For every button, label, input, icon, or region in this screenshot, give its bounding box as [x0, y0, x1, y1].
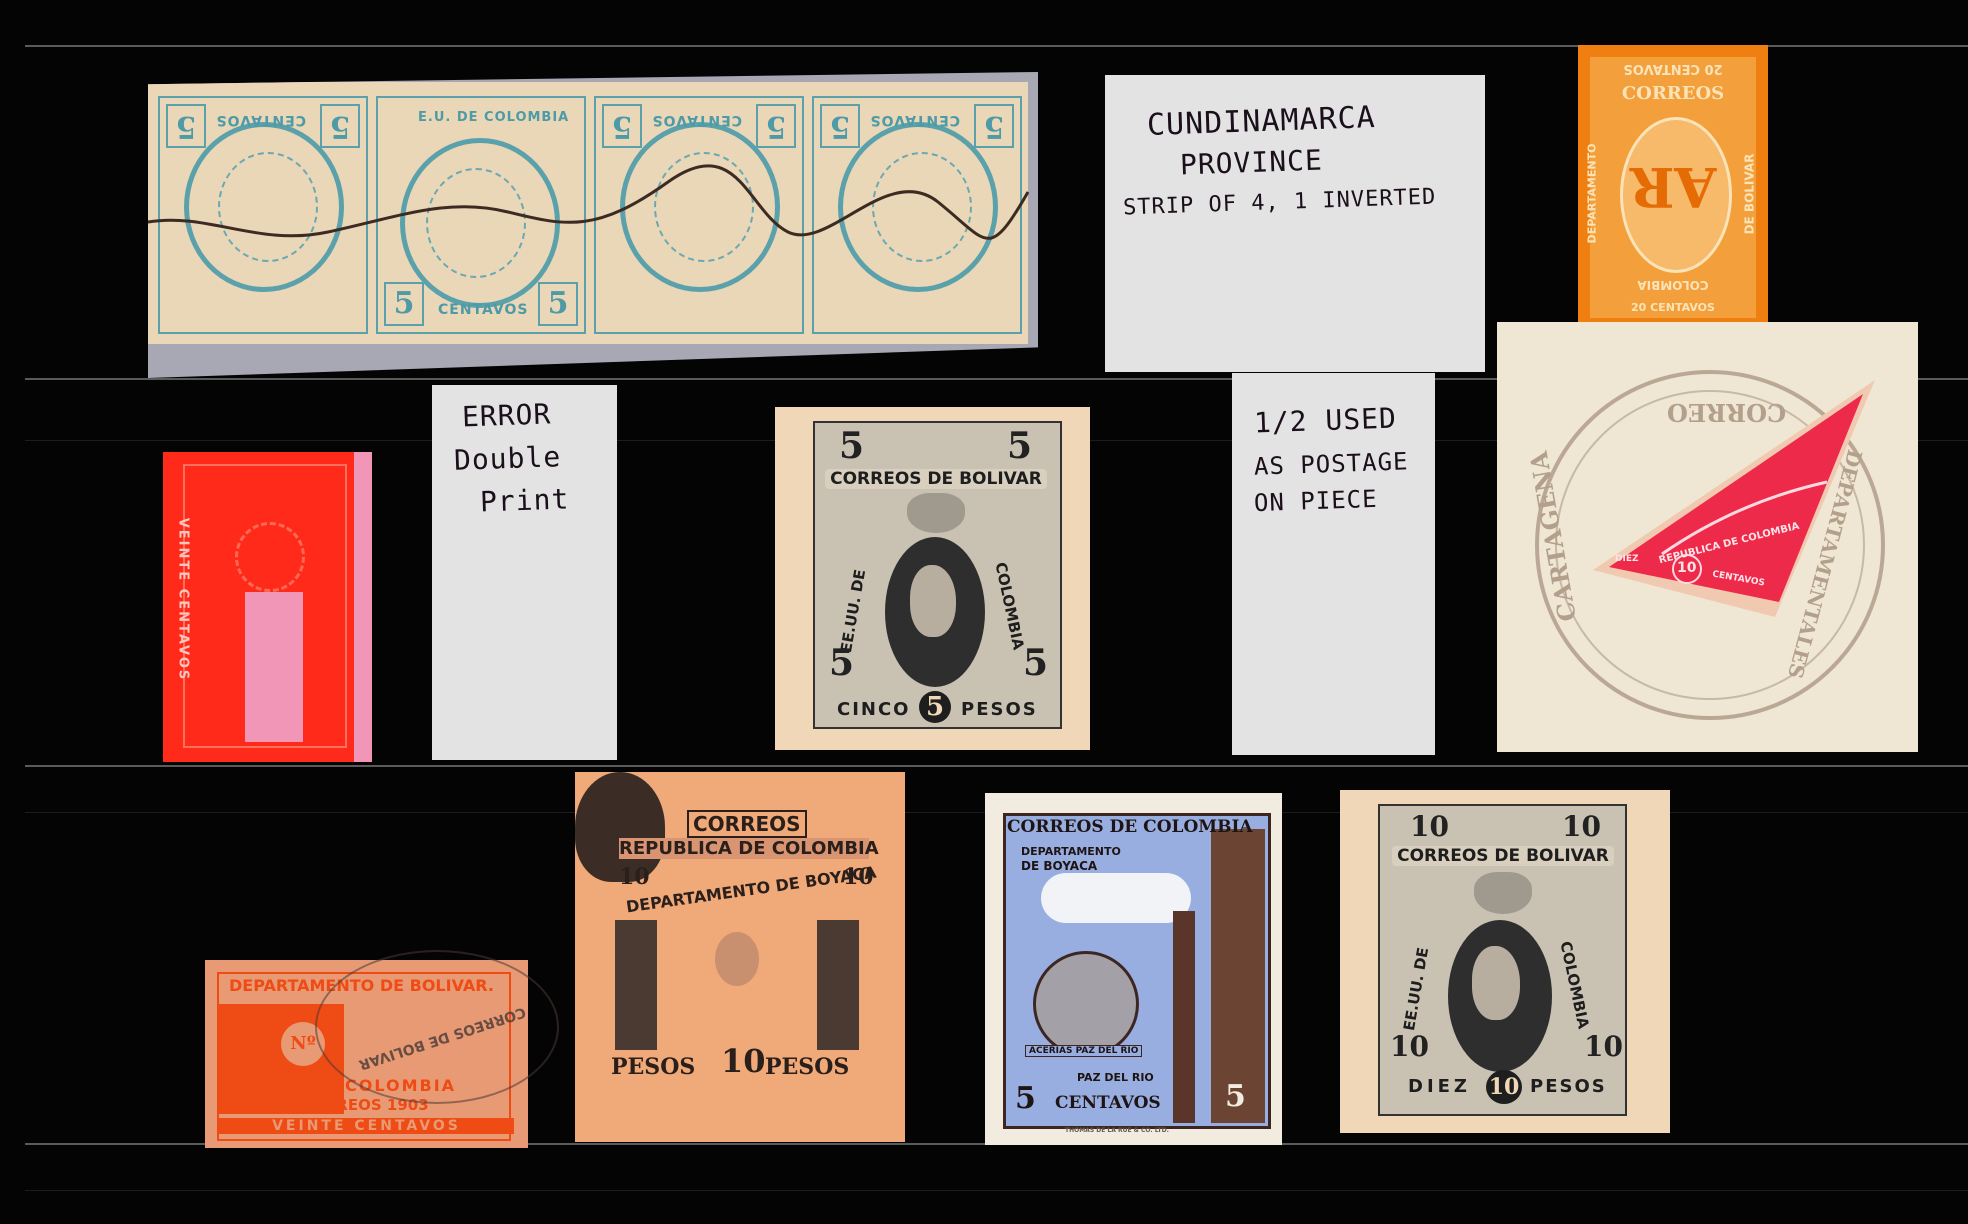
- postmark-arc: [315, 950, 559, 1104]
- stamp-line-1: REPUBLICA DE COLOMBIA: [619, 838, 869, 859]
- portrait-face: [715, 932, 759, 986]
- stamp-value-numeral-right: 5: [1225, 1079, 1246, 1114]
- bottom-right-word: PESOS: [961, 699, 1038, 720]
- cundinamarca-strip-of-four: 5 5 CENTAVOS E.U. DE COLOMBIA 5 5 CENTAV…: [148, 72, 1038, 378]
- album-strip-divider: [25, 1190, 1968, 1191]
- note-line: ERROR: [461, 398, 551, 433]
- stamp-bolivar-ar-20-centavos: 20 CENTAVOS CORREOS AR DEPARTAMENTO DE B…: [1578, 45, 1768, 330]
- strip-paper: 5 5 CENTAVOS E.U. DE COLOMBIA 5 5 CENTAV…: [148, 82, 1028, 344]
- stamp-left-text: DEPARTAMENTO: [1585, 144, 1598, 244]
- coat-of-arms-icon: [1474, 872, 1532, 914]
- album-strip-divider: [25, 765, 1968, 767]
- note-line: Print: [479, 483, 569, 518]
- corner-numeral: 10: [1390, 1030, 1429, 1063]
- note-line: 1/2 USED: [1253, 403, 1397, 440]
- stamp-rosette-icon: [235, 522, 305, 592]
- stamp-boyaca-5-centavos-paz-del-rio: CORREOS DE COLOMBIA DEPARTAMENTO DE BOYA…: [985, 793, 1282, 1145]
- corner-numeral: 10: [1562, 810, 1601, 843]
- stamp-side-text: VEINTE CENTAVOS: [175, 518, 190, 682]
- stamp-right-text: DE BOLIVAR: [1743, 154, 1757, 235]
- stamp-bottom-value: 20 CENTAVOS: [1590, 301, 1756, 314]
- corner-numeral: 10: [1584, 1030, 1623, 1063]
- corner-numeral: 10: [1410, 810, 1449, 843]
- bottom-left-word: CINCO: [837, 699, 910, 720]
- note-line: STRIP OF 4, 1 INVERTED: [1123, 185, 1437, 221]
- bottom-right-word: PESOS: [765, 1054, 849, 1080]
- stamp-sub-2: DE BOYACA: [1021, 859, 1097, 873]
- stamp-bolivar-diez-pesos: 10 10 CORREOS DE BOLIVAR EE.UU. DE COLOM…: [1340, 790, 1670, 1133]
- stamp-bolivar-cinco-pesos: 5 5 CORREOS DE BOLIVAR EE.UU. DE COLOMBI…: [775, 407, 1090, 750]
- corner-numeral: 5: [1007, 425, 1032, 467]
- note-line: CUNDINAMARCA: [1146, 101, 1376, 143]
- stamp-header: CORREOS: [1590, 83, 1756, 104]
- emblem-text: ACERIAS PAZ DEL RIO: [1025, 1045, 1142, 1057]
- stamp-bottom-text: COLOMBIA: [1590, 278, 1756, 292]
- stamp-header: CORREOS DE BOLIVAR: [825, 469, 1047, 489]
- corner-numeral: 5: [829, 642, 854, 684]
- stamp-value-word: DIEZ: [1615, 554, 1639, 564]
- bottom-right-word: PESOS: [1530, 1076, 1607, 1097]
- bisect-stamp-on-piece: CORREO CARTAGENA DEPARTAMENTALES REPUBLI…: [1497, 322, 1918, 752]
- stamp-footer: VEINTE CENTAVOS: [219, 1118, 514, 1134]
- stamp-border: [183, 464, 347, 748]
- stamp-top-value: 20 CENTAVOS: [1600, 61, 1746, 76]
- note-line: Double: [453, 441, 561, 477]
- stamp-header: CORREOS DE COLOMBIA: [1007, 817, 1253, 837]
- bottom-numeral: 5: [919, 691, 951, 723]
- corner-numeral: 10: [619, 864, 650, 890]
- stamp-printer: THOMAS DE LA RUE & CO. LTD.: [1065, 1127, 1169, 1134]
- portrait-face: [910, 565, 956, 637]
- coat-of-arms-icon: [907, 493, 965, 533]
- corner-numeral: 5: [1023, 642, 1048, 684]
- corner-numeral: 5: [839, 425, 864, 467]
- stamp-value-numeral: 5: [1015, 1081, 1036, 1116]
- stamp-double-print-error: VEINTE CENTAVOS: [163, 452, 372, 762]
- stamp-column-right: [817, 920, 859, 1050]
- stamp-column-left: [615, 920, 657, 1050]
- stamp-center-letters: AR: [1590, 155, 1756, 219]
- cloud-icon: [1041, 873, 1191, 923]
- stamp-sub-1: DEPARTAMENTO: [1021, 845, 1121, 858]
- bottom-left-word: PESOS: [611, 1054, 695, 1080]
- stamp-header: CORREOS DE BOLIVAR: [1392, 846, 1614, 866]
- pen-cancel-line: [148, 82, 1038, 344]
- bottom-numeral: 10: [1486, 1070, 1522, 1104]
- bisected-stamp: [1497, 322, 1918, 752]
- note-line: ON PIECE: [1254, 486, 1378, 518]
- stamp-boyaca-10-pesos: CORREOS REPUBLICA DE COLOMBIA 10 10 DEPA…: [575, 772, 905, 1142]
- stamp-value-unit: CENTAVOS: [1055, 1093, 1161, 1113]
- stamp-arc: DEPARTAMENTO DE BOYACA: [625, 863, 878, 917]
- note-half-used: 1/2 USED AS POSTAGE ON PIECE: [1232, 373, 1435, 755]
- portrait-face: [1472, 946, 1520, 1020]
- stamp-place: PAZ DEL RIO: [1077, 1071, 1154, 1084]
- bottom-left-word: DIEZ: [1408, 1076, 1471, 1097]
- emblem-circle-icon: [1033, 951, 1139, 1057]
- note-line: AS POSTAGE: [1254, 448, 1409, 481]
- note-cundinamarca: CUNDINAMARCA PROVINCE STRIP OF 4, 1 INVE…: [1105, 75, 1485, 372]
- stamp-top: CORREOS: [687, 810, 807, 838]
- note-line: PROVINCE: [1179, 145, 1323, 182]
- stamp-bolivar-1903-veinte-centavos: DEPARTAMENTO DE BOLIVAR. Nº COLOMBIA COR…: [205, 960, 528, 1148]
- pink-paper-edge: [354, 452, 372, 762]
- stamp-value-numeral: 10: [1677, 560, 1696, 576]
- bottom-numeral: 10: [721, 1042, 766, 1080]
- chimney: [1173, 911, 1195, 1123]
- note-error: ERROR Double Print: [432, 385, 617, 760]
